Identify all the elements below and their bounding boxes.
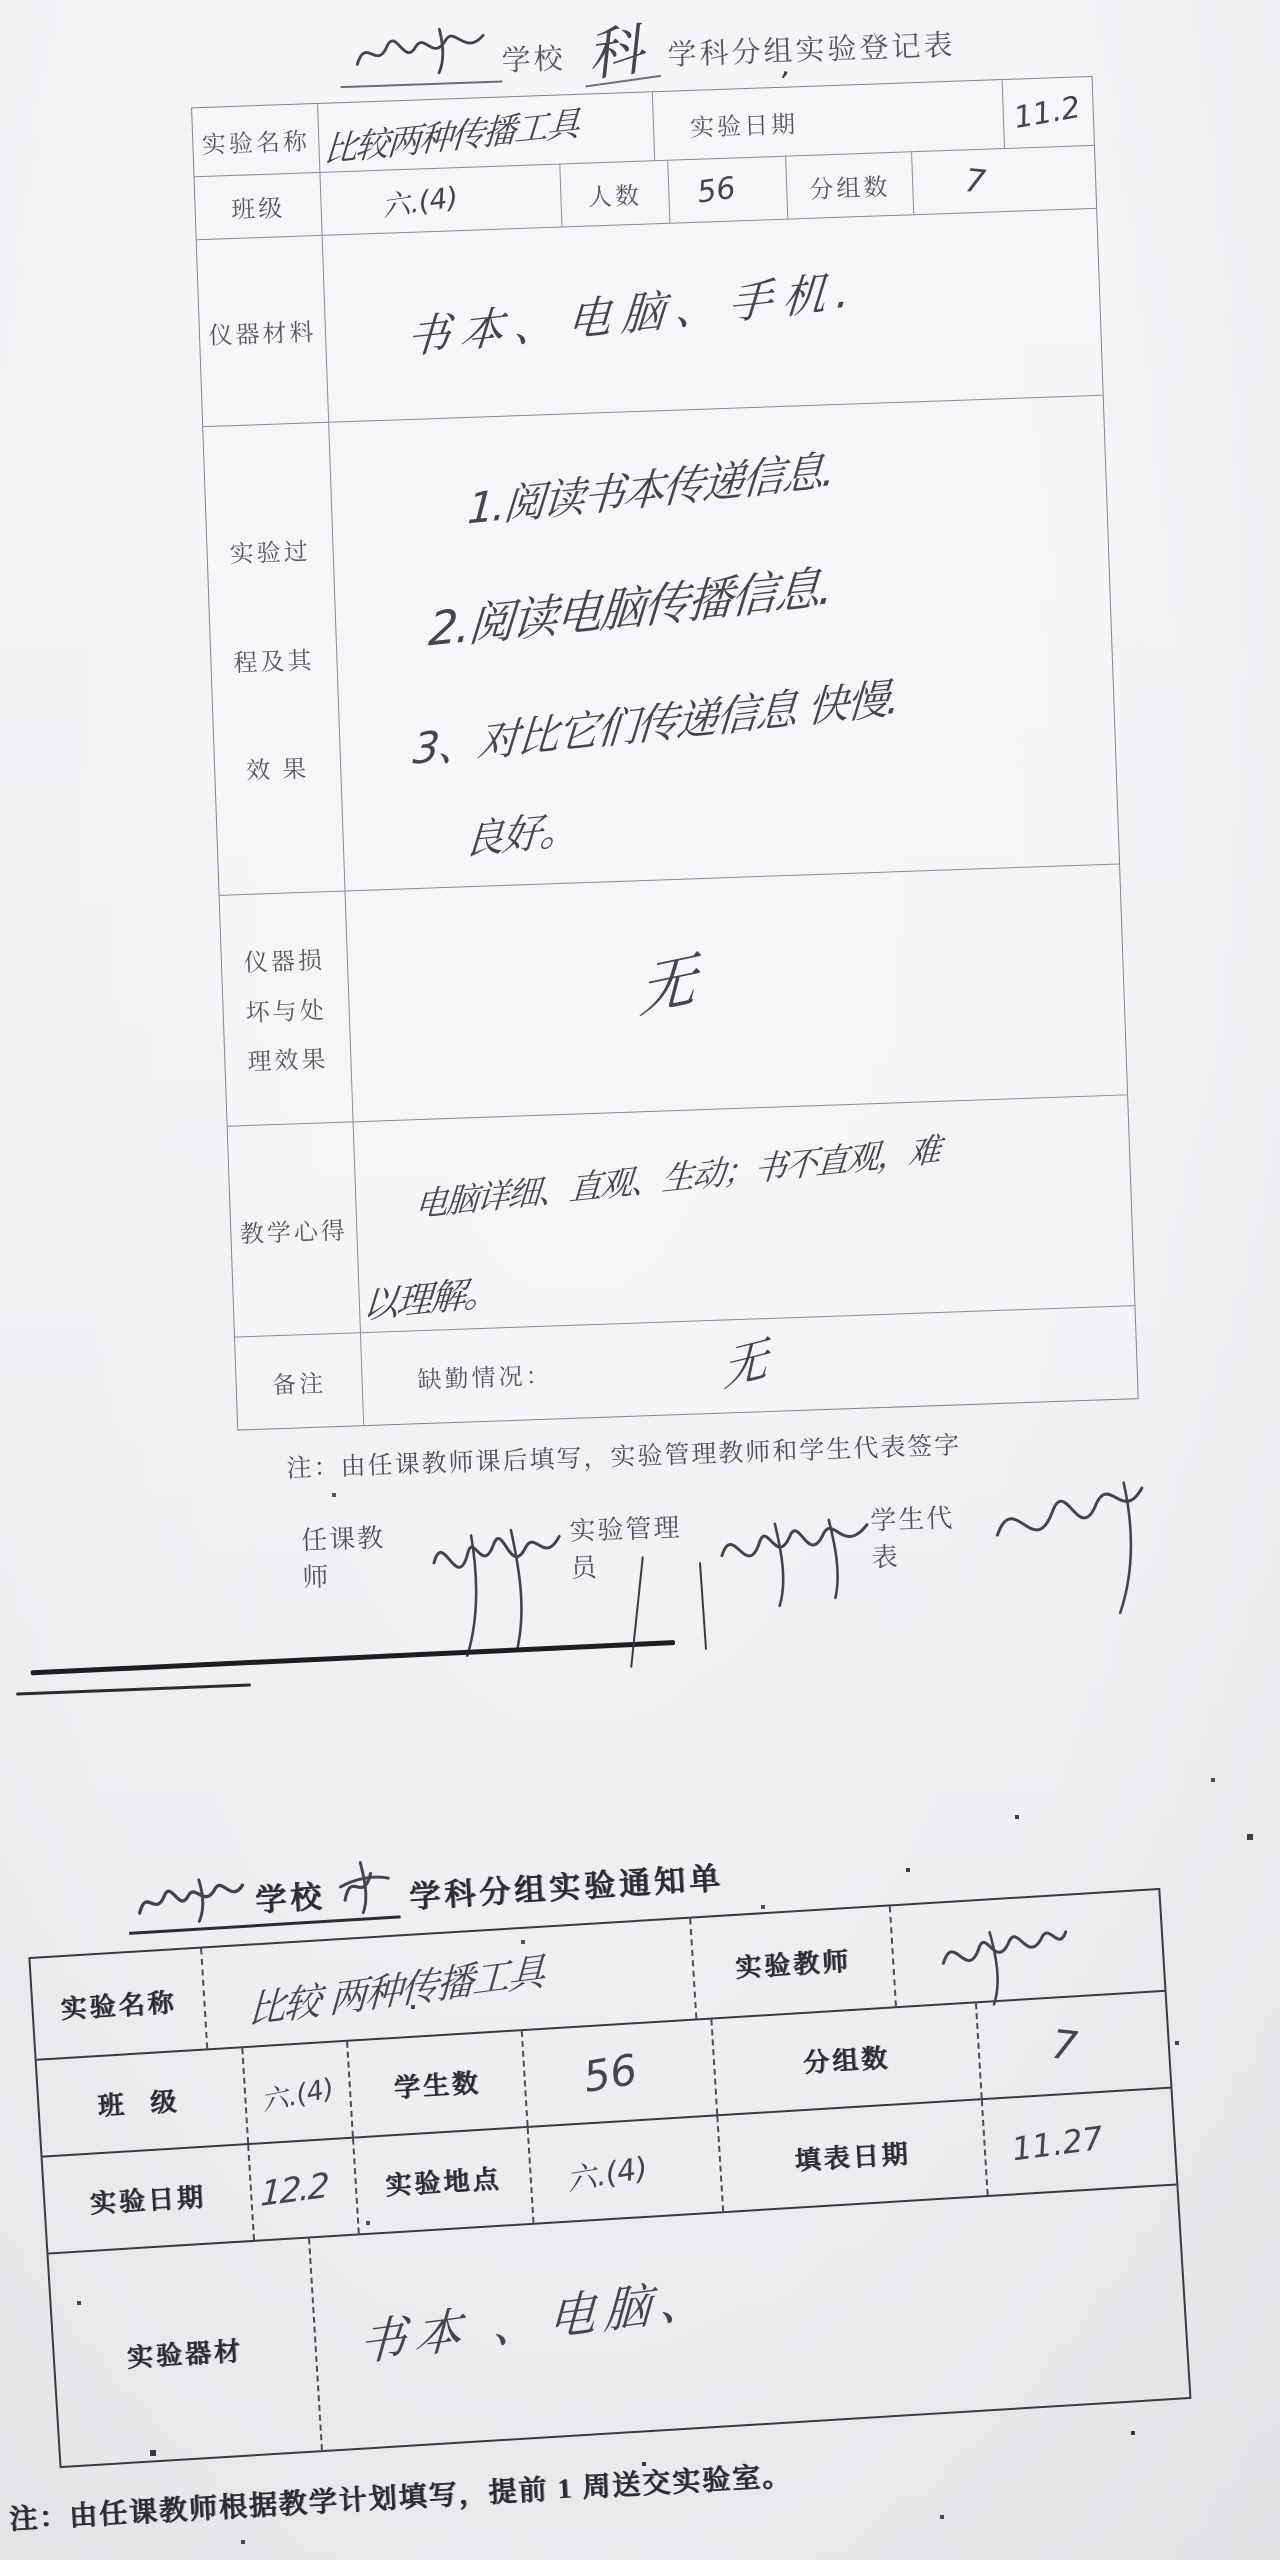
notice-class-label: 班 级: [37, 2048, 247, 2155]
process-label: 实验过 程及其 效 果: [203, 423, 344, 895]
notice-fill-date-value: 11.27: [1010, 2118, 1106, 2168]
registration-form: 学校 科 学科分组实验登记表 实验名称 比较两种传播工具 实验日期 11.2 班…: [188, 0, 1155, 1596]
notice-group-count-label: 分组数: [710, 2003, 980, 2114]
student-signature: [981, 1466, 1156, 1629]
notice-footnote: 注：由任课教师根据教学计划填写，提前 1 周送交实验室。: [8, 2454, 793, 2538]
class-value: 六.(4): [379, 175, 460, 225]
notice-experiment-name-value: 比较 两种传播工具: [247, 1939, 545, 2034]
scanned-lab-form-page: { "colors": { "paper": "#f2f2f5", "print…: [0, 0, 1280, 2560]
registration-form-title: 学校 科 学科分组实验登记表: [338, 0, 1102, 88]
headcount-label: 人数: [559, 161, 669, 227]
manager-signature-label: 实验管理员: [569, 1506, 705, 1585]
materials-label: 仪器材料: [197, 236, 328, 426]
subject-handwritten: 科: [578, 23, 661, 87]
notice-location-value: 六.(4): [562, 2142, 650, 2199]
group-count-value: 7: [963, 161, 987, 201]
notice-date-label: 实验日期: [43, 2145, 253, 2252]
title-school-suffix: 学校: [501, 45, 566, 82]
experiment-date-label: 实验日期: [652, 80, 1004, 160]
notice-title-school-suffix: 学校: [254, 1881, 326, 1921]
notice-student-count-value: 56: [580, 2045, 641, 2102]
notice-teacher-label: 实验教师: [689, 1906, 895, 2018]
registration-table: 实验名称 比较两种传播工具 实验日期 11.2 班级 六.(4) 人数 56 分…: [191, 76, 1139, 1431]
notice-table: 实验名称 比较 两种传播工具 实验教师 班 级 六.(4) 学生数: [28, 1888, 1191, 2468]
notice-subject-scribble: [331, 1855, 396, 1917]
table-row: 仪器损 坏与处 理效果 无: [220, 864, 1128, 1126]
materials-value: 书本、电脑、手机.: [404, 254, 862, 366]
absence-label: 缺勤情况：: [417, 1355, 553, 1395]
reflection-label: 教学心得: [228, 1122, 360, 1336]
headcount-value: 56: [695, 170, 738, 210]
notice-school-scribble: 学校: [125, 1854, 400, 1934]
table-row: 仪器材料 书本、电脑、手机.: [197, 209, 1103, 427]
manager-signature: [707, 1492, 881, 1620]
teacher-signature: [415, 1506, 580, 1668]
group-count-label: 分组数: [785, 152, 913, 218]
absence-value: 无: [723, 1321, 768, 1400]
notice-title-text: 学科分组实验通知单: [408, 1863, 725, 1918]
student-signature-label: 学生代表: [870, 1497, 979, 1575]
signature-row: 任课教师 实验管理员 学生代表: [300, 1469, 1155, 1595]
experiment-name-value: 比较两种传播工具: [322, 95, 580, 171]
process-line-2: 2.阅读电脑传播信息.: [427, 521, 1110, 659]
damage-label: 仪器损 坏与处 理效果: [220, 891, 353, 1125]
photocopy-specks: [0, 0, 2, 2]
photocopy-edge-line-short: [16, 1683, 251, 1695]
notice-form: 学校 学科分组实验通知单 实验名称 比较 两种传播工具 实验教师: [23, 1794, 1198, 2468]
notice-date-value: 12.2: [259, 2165, 328, 2214]
damage-value: 无: [638, 931, 698, 1030]
experiment-date-value: 11.2: [1011, 89, 1083, 135]
notice-equipment-value: 书本 、电脑、: [357, 2257, 716, 2374]
remarks-label: 备注: [235, 1333, 363, 1429]
school-name-scribble: [338, 22, 502, 89]
table-row: 教学心得 电脑详细、直观、生动；书不直观，难 以理解。: [228, 1095, 1135, 1337]
notice-student-count-label: 学生数: [346, 2031, 526, 2137]
notice-location-label: 实验地点: [352, 2128, 532, 2234]
class-label: 班级: [195, 173, 322, 239]
notice-group-count-value: 7: [1049, 2021, 1079, 2070]
process-line-1: 1.阅读书本传递信息.: [466, 409, 1106, 537]
table-row: 实验过 程及其 效 果 1.阅读书本传递信息. 2.阅读电脑传播信息. 3、对比…: [203, 396, 1119, 896]
teacher-signature-label: 任课教师: [300, 1517, 409, 1595]
notice-equipment-label: 实验器材: [49, 2239, 321, 2466]
notice-class-value: 六.(4): [257, 2066, 337, 2119]
registration-title-text: 学科分组实验登记表: [667, 32, 956, 77]
notice-fill-date-label: 填表日期: [716, 2100, 986, 2211]
notice-experiment-name-label: 实验名称: [30, 1949, 206, 2059]
experiment-name-label: 实验名称: [192, 104, 319, 176]
